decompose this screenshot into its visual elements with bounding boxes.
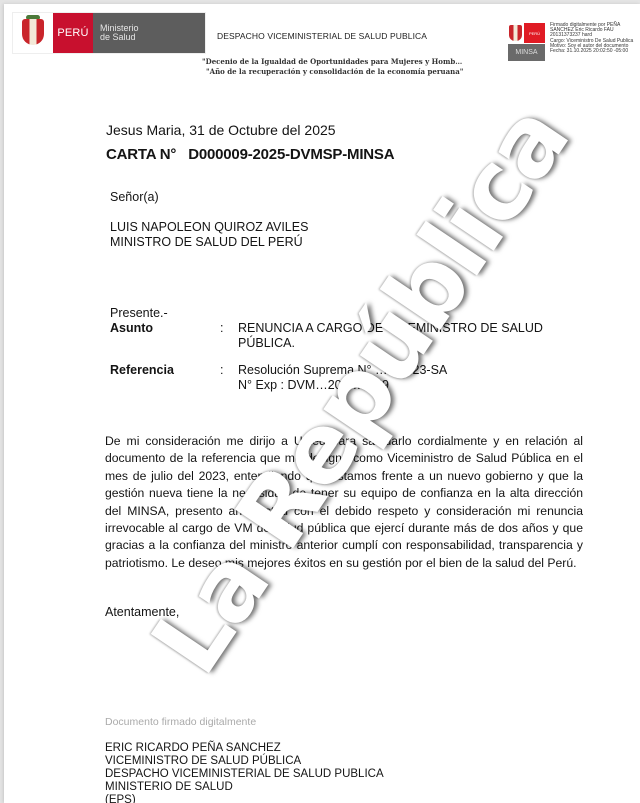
signer-office: DESPACHO VICEMINISTERIAL DE SALUD PUBLIC… xyxy=(105,768,384,781)
coat-of-arms-icon xyxy=(509,25,522,41)
signer-initials: (EPS) xyxy=(105,794,384,803)
stamp-line: Fecha: 31.10.2025 20:02:50 -05:00 xyxy=(550,49,640,54)
motto-decade: "Decenio de la Igualdad de Oportunidades… xyxy=(202,57,463,67)
signed-digitally-note: Documento firmado digitalmente xyxy=(105,716,256,728)
letter-number: CARTA N°D000009-2025-DVMSP-MINSA xyxy=(106,146,394,163)
place-date: Jesus Maria, 31 de Octubre del 2025 xyxy=(106,122,336,138)
peru-logo-label: PERÚ xyxy=(53,13,93,53)
signer-ministry: MINISTERIO DE SALUD xyxy=(105,781,384,794)
ministry-line2: de Salud xyxy=(100,33,205,42)
recipient-title: MINISTRO DE SALUD DEL PERÚ xyxy=(110,235,308,250)
header-mottos: "Decenio de la Igualdad de Oportunidades… xyxy=(202,57,463,77)
referencia-value: Resolución Suprema N° …7-2023-SA N° Exp … xyxy=(238,363,447,393)
asunto-label: Asunto xyxy=(110,321,220,351)
digital-signature-stamp: PERÚ MINSA Firmado digitalmente por PEÑA… xyxy=(508,23,640,61)
carta-label: CARTA N° xyxy=(106,146,176,163)
coat-of-arms-icon xyxy=(13,13,53,53)
salutation: Señor(a) xyxy=(110,190,159,204)
referencia-label: Referencia xyxy=(110,363,220,393)
office-title: DESPACHO VICEMINISTERIAL DE SALUD PUBLIC… xyxy=(217,31,427,41)
asunto-value: RENUNCIA A CARGO DE VICEMINISTRO DE SALU… xyxy=(238,321,543,351)
referencia-field: Referencia : Resolución Suprema N° …7-20… xyxy=(110,363,447,393)
presente: Presente.- xyxy=(110,306,168,320)
letter-body: De mi consideración me dirijo a Usted pa… xyxy=(105,433,583,572)
colon: : xyxy=(220,321,238,351)
ministry-logo-label: Ministerio de Salud xyxy=(93,13,205,53)
ministry-logo: PERÚ Ministerio de Salud xyxy=(12,12,206,54)
colon: : xyxy=(220,363,238,393)
signer-name: ERIC RICARDO PEÑA SANCHEZ xyxy=(105,742,384,755)
minsa-logo-icon: PERÚ MINSA xyxy=(508,23,545,61)
referencia-line: Resolución Suprema N° …7-2023-SA xyxy=(238,363,447,378)
closing: Atentamente, xyxy=(105,605,179,619)
signature-stamp-text: Firmado digitalmente por PEÑA SANCHEZ Er… xyxy=(550,23,640,61)
letter-page: PERÚ Ministerio de Salud DESPACHO VICEMI… xyxy=(4,4,640,803)
referencia-line: N° Exp : DVM…202…0259 xyxy=(238,378,447,393)
asunto-line: PÚBLICA. xyxy=(238,336,543,351)
signer-block: ERIC RICARDO PEÑA SANCHEZ VICEMINISTRO D… xyxy=(105,742,384,803)
carta-number: D000009-2025-DVMSP-MINSA xyxy=(188,146,394,163)
asunto-field: Asunto : RENUNCIA A CARGO DE VICEMINISTR… xyxy=(110,321,543,351)
asunto-line: RENUNCIA A CARGO DE VICEMINISTRO DE SALU… xyxy=(238,321,543,336)
recipient-name: LUIS NAPOLEON QUIROZ AVILES xyxy=(110,220,308,235)
stamp-minsa-label: MINSA xyxy=(508,44,545,61)
signer-title: VICEMINISTRO DE SALUD PÚBLICA xyxy=(105,755,384,768)
stamp-peru-label: PERÚ xyxy=(524,23,545,43)
recipient: LUIS NAPOLEON QUIROZ AVILES MINISTRO DE … xyxy=(110,220,308,250)
motto-year: "Año de la recuperación y consolidación … xyxy=(202,67,463,77)
